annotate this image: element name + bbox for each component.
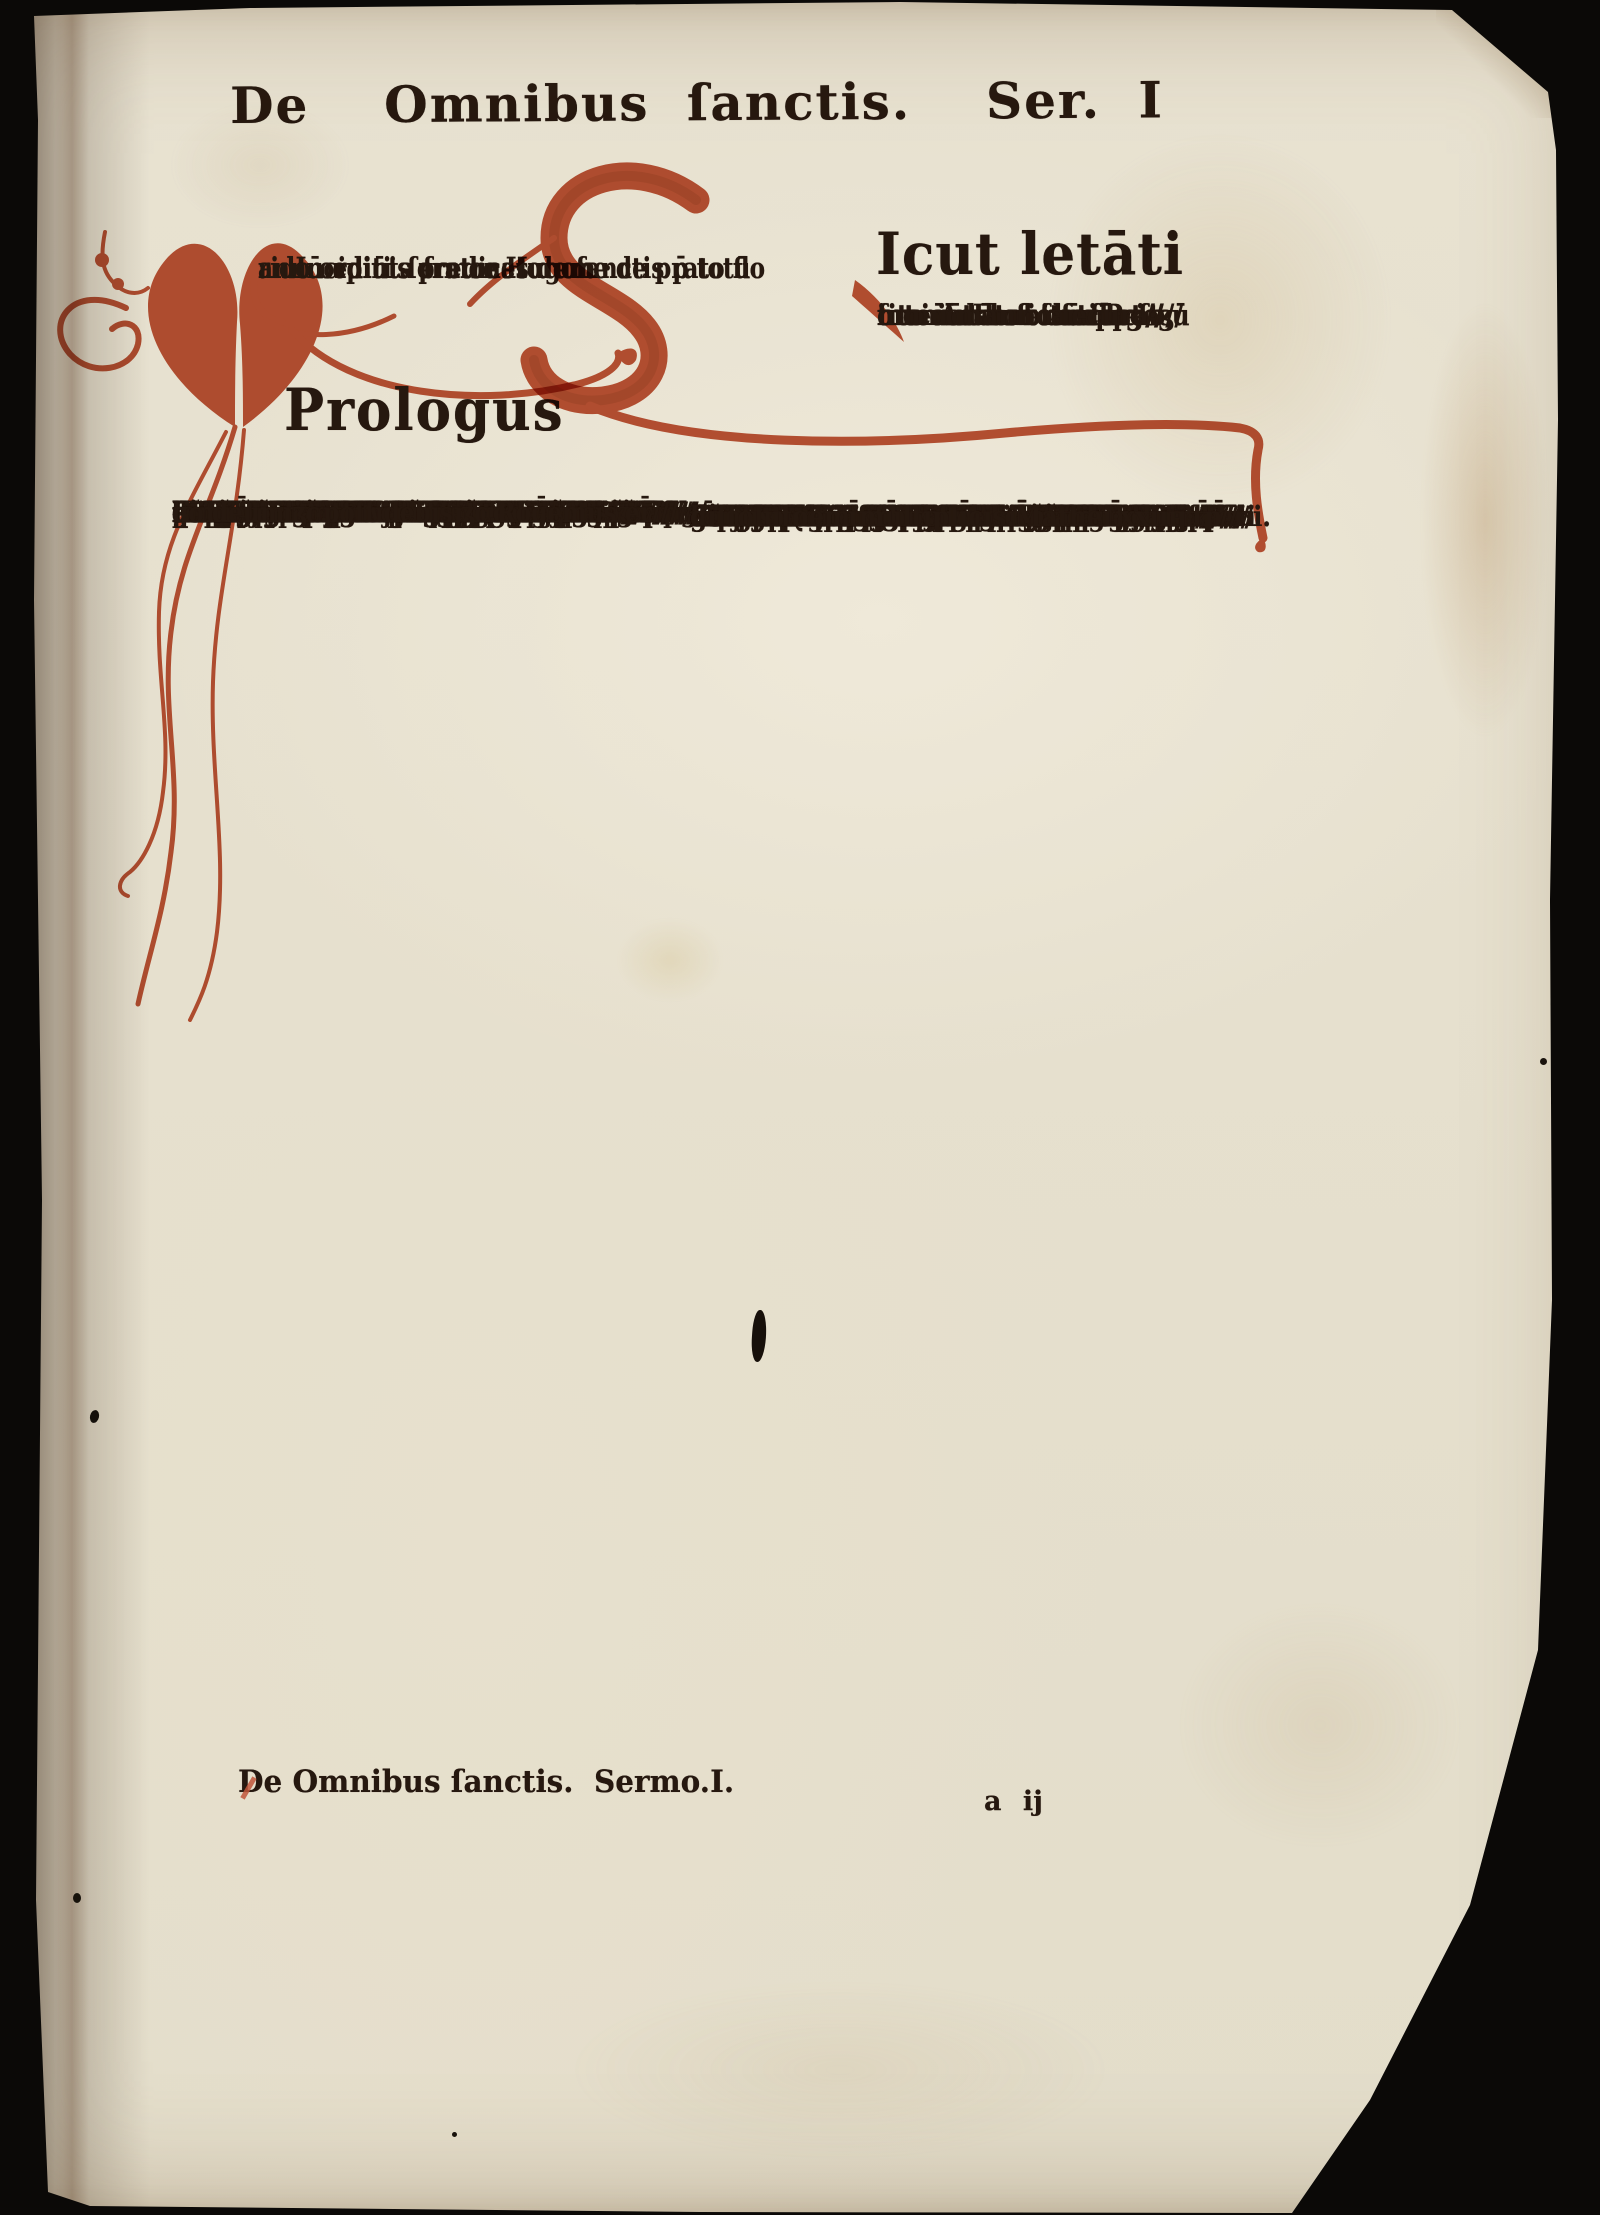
scanned-book-page: De Omnibus ſanctis. Ser. I Incipiūt ſerm… — [0, 0, 1600, 2215]
paper-speck — [1540, 1058, 1547, 1065]
paraph-tail — [266, 316, 394, 335]
left-column-footer: De Omnibus ſanctis. Sermo.I. — [238, 1764, 734, 1800]
text-line: diſſolutōem multiplicis.Mathei·xxiiij· — [690, 500, 1195, 535]
paper-speck — [89, 1409, 101, 1424]
flourish-leaf — [148, 244, 237, 427]
paper-stain — [1400, 230, 1570, 810]
text-line: go deum ʒc̄. — [172, 496, 328, 531]
flourish-curl — [60, 300, 138, 368]
page-vignette — [0, 0, 1600, 2215]
right-column-incipit-large: Icut letāti — [876, 220, 1184, 288]
paper-speck — [73, 1893, 81, 1903]
initial-S — [534, 176, 696, 401]
quire-signature: a ij — [984, 1786, 1043, 1817]
paper-stain — [1130, 1560, 1510, 1890]
corner-fold — [1436, 0, 1566, 118]
text-line: mniū manſio ſecura·cū — [877, 299, 1190, 333]
margin-flourish-ornament — [30, 212, 690, 1042]
ink-blot — [750, 1310, 768, 1363]
paper-stain — [600, 905, 740, 1015]
paper-speck — [452, 2132, 457, 2137]
paper-page: De Omnibus ſanctis. Ser. I Incipiūt ſerm… — [0, 0, 1600, 2215]
paper-stain — [480, 1950, 1200, 2190]
prologus-heading: Prologus — [284, 376, 565, 444]
binding-crease-shadow — [55, 0, 89, 2215]
text-line: rido ordinis predicatorum · — [258, 251, 612, 287]
running-header: De Omnibus ſanctis. Ser. I — [230, 70, 1164, 135]
binding-gutter-shadow — [0, 0, 150, 2215]
